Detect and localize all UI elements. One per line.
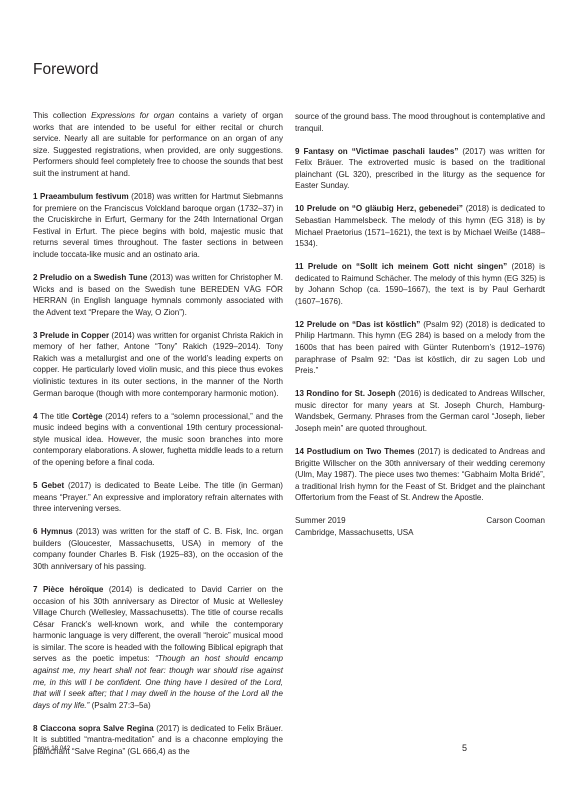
intro-text: This collection [33, 111, 91, 120]
entry-title: Prelude on “O gläubig Herz, gebenedei” [307, 204, 463, 213]
entry-12: 12 Prelude on “Das ist köstlich” (Psalm … [295, 319, 545, 377]
right-column: source of the ground bass. The mood thro… [295, 111, 545, 539]
page-title: Foreword [33, 61, 98, 79]
entry-number: 11 [295, 262, 304, 271]
entry-title: Prelude in Copper [40, 331, 109, 340]
entry-number: 8 [33, 724, 37, 733]
entry-7: 7 Pièce héroïque (2014) is dedicated to … [33, 584, 283, 712]
entry-text: (2018) was written for Hartmut Siebmanns… [33, 192, 283, 259]
left-column: This collection Expressions for organ co… [33, 110, 283, 769]
entry-title: Hymnus [41, 527, 73, 536]
page-number: 5 [462, 743, 467, 753]
entry-8: 8 Ciaccona sopra Salve Regina (2017) is … [33, 723, 283, 758]
entry-6: 6 Hymnus (2013) was written for the staf… [33, 526, 283, 572]
signature-block: Summer 2019 Cambridge, Massachusetts, US… [295, 515, 545, 538]
entry-number: 2 [33, 273, 37, 282]
signature-date-place: Summer 2019 Cambridge, Massachusetts, US… [295, 515, 414, 538]
entry-title: Prelude on “Das ist köstlich” [307, 320, 421, 329]
entry-9: 9 Fantasy on “Victimae paschali laudes” … [295, 146, 545, 192]
entry-text: source of the ground bass. The mood thro… [295, 112, 545, 133]
entry-number: 7 [33, 585, 37, 594]
entry-number: 1 [33, 192, 37, 201]
entry-citation: (Psalm 27:3–5a) [89, 701, 150, 710]
entry-11: 11 Prelude on “Sollt ich meinem Gott nic… [295, 261, 545, 307]
entry-title: Ciaccona sopra Salve Regina [40, 724, 153, 733]
entry-title: Prelude on “Sollt ich meinem Gott nicht … [308, 262, 507, 271]
entry-number: 6 [33, 527, 37, 536]
entry-title: Preludio on a Swedish Tune [40, 273, 147, 282]
intro-paragraph: This collection Expressions for organ co… [33, 110, 283, 180]
entry-number: 5 [33, 481, 37, 490]
entry-number: 13 [295, 389, 304, 398]
entry-number: 3 [33, 331, 37, 340]
entry-title: Cortège [72, 412, 102, 421]
entry-title: Fantasy on “Victimae paschali laudes” [303, 147, 458, 156]
entry-text: (2014) is dedicated to David Carrier on … [33, 585, 283, 664]
entry-title: Rondino for St. Joseph [306, 389, 395, 398]
entry-title: Pièce héroïque [43, 585, 103, 594]
intro-italic-title: Expressions for organ [91, 111, 174, 120]
entry-13: 13 Rondino for St. Joseph (2016) is dedi… [295, 388, 545, 434]
entry-number: 14 [295, 447, 304, 456]
entry-number: 10 [295, 204, 304, 213]
entry-8-continued: source of the ground bass. The mood thro… [295, 111, 545, 134]
entry-4: 4 The title Cortège (2014) refers to a “… [33, 411, 283, 469]
entry-title: Praeambulum festivum [40, 192, 129, 201]
entry-14: 14 Postludium on Two Themes (2017) is de… [295, 446, 545, 504]
entry-2: 2 Preludio on a Swedish Tune (2013) was … [33, 272, 283, 318]
entry-title: Gebet [41, 481, 64, 490]
intro-text-rest: contains a variety of organ works that a… [33, 111, 283, 178]
entry-text: (2014) was written for organist Christa … [33, 331, 283, 398]
entry-5: 5 Gebet (2017) is dedicated to Beate Lei… [33, 480, 283, 515]
entry-title: Postludium on Two Themes [307, 447, 415, 456]
entry-pre-text: The title [37, 412, 72, 421]
entry-10: 10 Prelude on “O gläubig Herz, gebenedei… [295, 203, 545, 249]
signature-place: Cambridge, Massachusetts, USA [295, 527, 414, 539]
entry-1: 1 Praeambulum festivum (2018) was writte… [33, 191, 283, 261]
entry-number: 12 [295, 320, 304, 329]
entry-number: 9 [295, 147, 299, 156]
signature-author: Carson Cooman [486, 515, 545, 538]
entry-text: (2017) is dedicated to Beate Leibe. The … [33, 481, 283, 513]
catalog-number: Carus 18.042 [33, 745, 70, 752]
signature-date: Summer 2019 [295, 515, 414, 527]
entry-3: 3 Prelude in Copper (2014) was written f… [33, 330, 283, 400]
